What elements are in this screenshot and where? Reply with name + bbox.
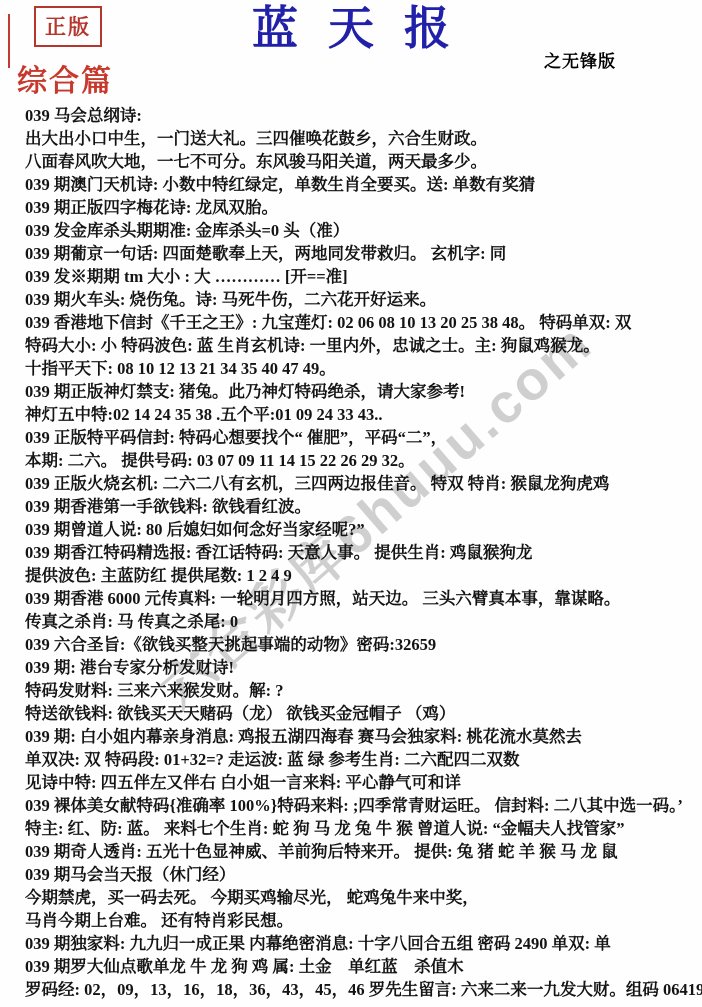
section-heading: 综合篇 [17,56,113,100]
text-line: 039 香港地下信封《千王之王》: 九宝莲灯: 02 06 08 10 13 2… [25,311,693,334]
text-line: 特码大小: 小 特码波色: 蓝 生肖玄机诗: 一里内外，忠诚之士。主: 狗鼠鸡猴… [25,334,693,357]
text-line: 见诗中特: 四五伴左又伴右 白小姐一言来料: 平心静气可和详 [25,771,693,794]
text-line: 039 期: 白小姐内幕亲身消息: 鸡报五湖四海春 赛马会独家料: 桃花流水莫然… [25,725,693,748]
text-line: 十指平天下: 08 10 12 13 21 34 35 40 47 49。 [25,357,693,380]
text-line: 传真之杀肖: 马 传真之杀尾: 0 [25,610,693,633]
text-line: 039 六合圣旨:《欲钱买整天挑起事端的动物》密码:32659 [25,633,693,656]
text-line: 039 期独家料: 九九归一成正果 内幕绝密消息: 十字八回合五组 密码 249… [25,932,693,955]
text-line: 039 发金库杀头期期准: 金库杀头=0 头（准） [25,219,693,242]
text-line: 039 期曾道人说: 80 后媳妇如何念好当家经呢?” [25,518,693,541]
text-line: 039 期罗大仙点歌单龙 牛 龙 狗 鸡 属: 土金 单红蓝 杀值木 [25,955,693,978]
text-line: 今期禁虎，买一码去死。 今期买鸡输尽光， 蛇鸡兔牛来中奖， [25,886,693,909]
text-line: 提供波色: 主蓝防红 提供尾数: 1 2 4 9 [25,564,693,587]
text-line: 罗码经: 02，09，13，16，18，36，43，45，46 罗先生留言: 六… [25,978,693,1001]
text-line: 出大出小口中生，一门送大礼。三四催唤花鼓乡，六合生财政。 [25,127,693,150]
text-line: 039 期葡京一句话: 四面楚歌奉上天，两地同发带救归。 玄机字: 同 [25,242,693,265]
text-line: 039 期香港 6000 元传真料: 一轮明月四方照，站天边。 三头六臂真本事，… [25,587,693,610]
text-line: 039 马会总纲诗: [25,104,693,127]
text-line: 特主: 红、防: 蓝。 来料七个生肖: 蛇 狗 马 龙 兔 牛 猴 曾道人说: … [25,817,693,840]
text-line: 单双决: 双 特码段: 01+32=? 走运波: 蓝 绿 参考生肖: 二六配四二… [25,748,693,771]
text-line: 039 期澳门天机诗: 小数中特红绿定，单数生肖全要买。送: 单数有奖猜 [25,173,693,196]
text-line: 039 期香江特码精选报: 香江话特码: 天意人事。 提供生肖: 鸡鼠猴狗龙 [25,541,693,564]
newspaper-page: 六合彩库6huuu.com 正版 蓝天报 之无锋版 综合篇 039 马会总纲诗:… [0,0,702,1007]
text-line: 039 正版特平码信封: 特码心想要找个“ 催肥”，平码“二”， [25,426,693,449]
text-line: 039 期马会当天报（休门经） [25,863,693,886]
text-line: 八面春风吹大地，一七不可分。东风骏马阳关道，两天最多少。 [25,150,693,173]
content-lines: 039 马会总纲诗:出大出小口中生，一门送大礼。三四催唤花鼓乡，六合生财政。八面… [25,104,693,1001]
text-line: 039 期正版神灯禁支: 猪兔。此乃神灯特码绝杀，请大家参考! [25,380,693,403]
text-line: 马肖今期上台难。 还有特肖彩民想。 [25,909,693,932]
text-line: 039 裸体美女献特码{准确率 100%}特码来料: ;四季常青财运旺。 信封料… [25,794,693,817]
text-line: 039 期: 港台专家分析发财诗! [25,656,693,679]
text-line: 039 期正版四字梅花诗: 龙凤双胎。 [25,196,693,219]
text-line: 039 发※期期 tm 大小 : 大 ………… [开==准] [25,265,693,288]
text-line: 特送欲钱料: 欲钱买天天赌码（龙） 欲钱买金冠帽子 （鸡） [25,702,693,725]
text-line: 神灯五中特:02 14 24 35 38 .五个平:01 09 24 33 43… [25,403,693,426]
text-line: 特码发财料: 三来六来猴发财。解: ? [25,679,693,702]
text-line: 039 期奇人透肖: 五光十色显神威、羊前狗后特来开。 提供: 兔 猪 蛇 羊 … [25,840,693,863]
text-line: 039 正版火烧玄机: 二六二八有玄机，三四两边报佳音。 特双 特肖: 猴鼠龙狗… [25,472,693,495]
edition-label: 之无锋版 [544,47,616,72]
text-line: 039 期火车头: 烧伤兔。诗: 马死牛伤，二六花开好运来。 [25,288,693,311]
text-line: 039 期香港第一手欲钱料: 欲钱看红波。 [25,495,693,518]
text-line: 本期: 二六。 提供号码: 03 07 09 11 14 15 22 26 29… [25,449,693,472]
